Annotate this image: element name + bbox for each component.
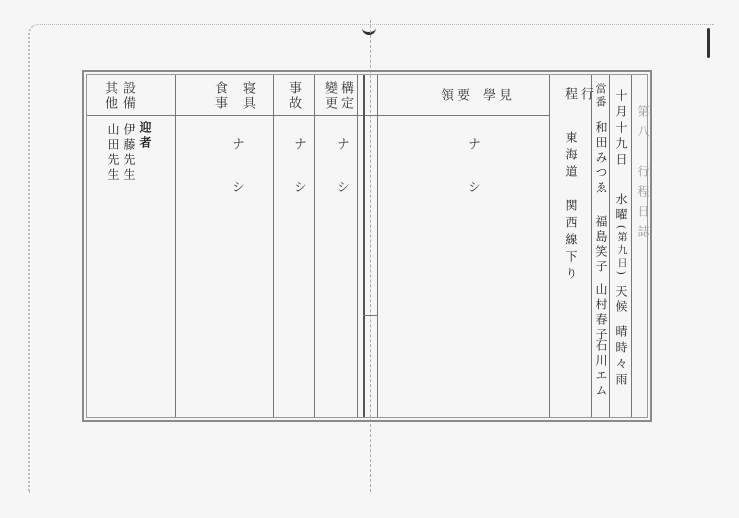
observation-entry: ナシ (463, 137, 482, 223)
remarks-entry-2: 伊藤先生 (121, 123, 138, 183)
fold-line (363, 75, 365, 417)
meals-header-2: 食事 (211, 79, 227, 113)
weekday-text: 水曜 (613, 193, 630, 223)
remarks-entry-3: 山田先生 (105, 123, 122, 183)
ledger-table: 設備 其他 寝具 食事 事故 構定 變更 見 學 要 領 行程 當番 迎者 伊藤… (82, 70, 652, 422)
itinerary-entry: 東海道 関西線下り (563, 131, 580, 284)
remarks-header-2: 其他 (101, 79, 117, 113)
remarks-entry-1: 迎者 (137, 121, 154, 151)
accident-entry: ナシ (289, 137, 308, 223)
duty-header: 當番 (592, 79, 608, 113)
col-line (273, 75, 274, 417)
col-line (357, 75, 358, 417)
meals-header-1: 寝具 (239, 79, 255, 113)
observation-header-1: 見 學 (479, 79, 511, 113)
date-text: 十月十九日 (613, 89, 630, 169)
weather-value: 晴時々雨 (613, 325, 630, 389)
duty-name-1: 和田みつゑ (593, 121, 610, 196)
col-line (175, 75, 176, 417)
observation-header-2: 要 領 (437, 79, 469, 113)
change-entry: ナシ (332, 137, 351, 223)
col-line (314, 75, 315, 417)
remarks-header-1: 設備 (119, 79, 135, 113)
itinerary-header: 行程 (561, 79, 593, 113)
header-divider-left (87, 115, 549, 116)
col-line (549, 75, 550, 417)
duty-name-2: 福島笑子 (593, 215, 610, 275)
meals-entry: ナシ (227, 137, 246, 223)
fold-crossbar (363, 315, 377, 316)
col-line (377, 75, 378, 417)
binding-mark (707, 28, 710, 58)
weather-label: 天候 (613, 285, 630, 315)
day-number-text: (第九日) (613, 225, 628, 278)
duty-name-4: 石川エム (593, 339, 610, 399)
col-line (591, 75, 592, 417)
accident-header: 事故 (285, 79, 301, 113)
margin-note: 第八 行程日誌 (635, 105, 652, 245)
duty-name-3: 山村春子 (593, 283, 610, 343)
ledger-inner-border: 設備 其他 寝具 食事 事故 構定 變更 見 學 要 領 行程 當番 迎者 伊藤… (86, 74, 648, 418)
change-header-1: 構定 (337, 79, 353, 113)
col-line (631, 75, 632, 417)
change-header-2: 變更 (321, 79, 337, 113)
